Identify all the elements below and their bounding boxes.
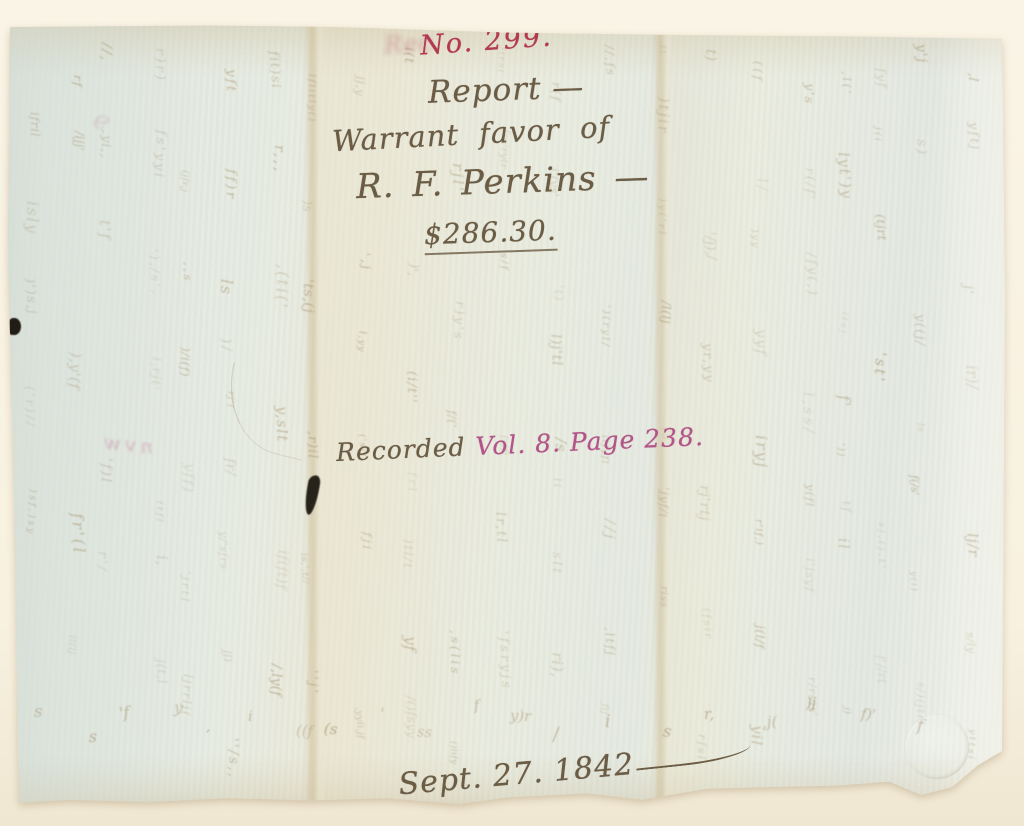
bleedthrough-mark: y/'sfrs [217, 531, 230, 570]
docket-date: Sept. 27. 1842 [397, 737, 753, 803]
bleedthrough-mark: lyt')y [835, 151, 856, 200]
bleedthrough-mark: , [206, 719, 211, 735]
docket-number: No. 299. [419, 21, 554, 61]
bleedthrough-mark: ,r)il [306, 431, 321, 460]
bleedthrough-mark: fr'(l [68, 512, 89, 555]
bleedthrough-mark: fyf [872, 67, 888, 88]
bleedthrough-mark: ir)/ [962, 365, 981, 390]
bleedthrough-mark: ,(ti(' [272, 264, 292, 311]
bleedthrough-mark: li [551, 478, 564, 490]
bleedthrough-mark: )y('rl [656, 198, 669, 237]
bleedthrough-mark: yf [400, 635, 419, 651]
bleedthrough-mark: s [34, 701, 43, 721]
bleedthrough-mark: y((j/ [912, 313, 927, 346]
bleedthrough-mark: f [473, 697, 480, 713]
bleedthrough-mark: rf [70, 75, 84, 89]
bleedthrough-mark: i [605, 712, 611, 732]
payee-name: R. F. Perkins — [355, 157, 650, 207]
ink-spot-left-edge [8, 318, 21, 335]
bleedthrough-mark: )yy [749, 229, 760, 249]
bleedthrough-mark: )/i(f) [178, 347, 193, 378]
bleedthrough-mark: jj,y [353, 75, 368, 96]
bleedthrough-mark: (s [323, 720, 338, 739]
bleedthrough-mark: 'st' [870, 351, 889, 384]
bleedthrough-mark: r/rs)r' [806, 676, 820, 717]
bleedthrough-mark: )j [806, 696, 816, 712]
bleedthrough-mark: //,fs [603, 44, 619, 77]
bleedthrough-mark: ((f [296, 723, 313, 740]
bleedthrough-mark: 'jrtl [177, 571, 192, 605]
recorded-label: Recorded [336, 432, 467, 467]
bleedthrough-mark: yil [748, 724, 767, 746]
bleedthrough-mark: i,rjt' [148, 357, 164, 392]
scan-background: { "document": { "ghost_mark": "Rec", "nu… [0, 0, 1024, 826]
bleedthrough-mark: ss [417, 724, 433, 741]
bleedthrough-mark: y)r [509, 708, 531, 726]
bleedthrough-mark: (tjrt [873, 214, 889, 242]
date-text: Sept. 27. 1842 [397, 747, 635, 802]
bleedthrough-mark: ri), [547, 652, 566, 678]
bleedthrough-mark: 't) [552, 285, 566, 303]
bleedthrough-mark: 'ts,(j [300, 279, 317, 313]
bleedthrough-mark: t) [701, 49, 718, 62]
bleedthrough-mark: y(fl [803, 484, 818, 508]
bleedthrough-mark: sj,(j,t' [876, 522, 887, 571]
bleedthrough-mark: ()lify [447, 741, 458, 765]
document-paper: ifrilisly)')s,j('r)//)sf,)syrf/ijj'),y'(… [8, 20, 1006, 806]
bleedthrough-mark: j(l/f [753, 625, 768, 649]
pink-ink-smudge-faint: e [89, 104, 114, 137]
bleedthrough-mark: ,yyli,jf [353, 707, 366, 740]
right-panel-aged-band [656, 20, 756, 806]
recording-note: RecordedVol. 8. Page 238. [336, 422, 705, 467]
bleedthrough-mark: ls [217, 279, 237, 296]
bleedthrough-mark: y's [800, 83, 816, 105]
bleedthrough-mark: ''/s,, [224, 738, 241, 779]
bleedthrough-mark: f/(' [445, 410, 460, 428]
bleedthrough-mark: yft [222, 69, 237, 94]
bleedthrough-mark: ',j [358, 252, 374, 271]
bleedthrough-mark: (fsir [700, 607, 715, 640]
bleedthrough-mark: r)r) [152, 48, 168, 82]
bleedthrough-mark: yyf [752, 329, 769, 356]
bleedthrough-mark: )', [404, 263, 420, 277]
right-edge-highlight [936, 20, 1006, 806]
bleedthrough-mark: 'f)l [97, 458, 114, 485]
bleedthrough-mark: riss [658, 586, 670, 608]
bleedthrough-mark: ljrrlj( [179, 674, 197, 718]
bleedthrough-mark: )/ [217, 337, 234, 354]
bleedthrough-mark: 'f [119, 702, 131, 722]
document-paper-wrapper: ifrilisly)')s,j('r)//)sf,)syrf/ijj'),y'(… [8, 20, 1006, 806]
bleedthrough-mark: /fy(,) [804, 253, 820, 297]
bleedthrough-mark: /()fsyy [402, 696, 418, 739]
warrant-amount: $286.30. [423, 214, 557, 252]
bleedthrough-mark: /ijj' [71, 131, 86, 151]
bleedthrough-mark: ((f [750, 61, 765, 83]
bleedthrough-mark: r'if,) [753, 519, 765, 546]
bleedthrough-mark: ,ltfj [603, 627, 618, 657]
background-mat: ifrilisly)')s,j('r)//)sf,)syrf/ijj'),y'(… [0, 0, 1024, 826]
bleedthrough-mark: ff)r [223, 169, 239, 201]
bleedthrough-mark: is,',t// [298, 553, 311, 585]
bleedthrough-mark: fji [359, 531, 375, 551]
bleedthrough-mark: fit)si [266, 51, 283, 90]
bleedthrough-mark: j(i [872, 127, 882, 143]
bleedthrough-mark: s) [912, 139, 929, 157]
bleedthrough-mark: tf [840, 501, 853, 514]
bleedthrough-mark: )tjir [654, 97, 671, 135]
bleedthrough-mark: i'jsyf [803, 558, 817, 593]
bleedthrough-mark: ')(ryl/ [599, 304, 611, 347]
bleedthrough-mark: ('r)// [23, 386, 38, 429]
docket-title: Report — [427, 69, 584, 110]
paper-crease-line [215, 362, 320, 460]
bleedthrough-mark: ,j( [761, 712, 778, 731]
bleedthrough-mark: ' [379, 704, 385, 723]
bleedthrough-mark: ,s(lis [448, 630, 462, 676]
bleedthrough-mark: 'jyf/i [657, 486, 674, 518]
bleedthrough-mark: yff) [179, 463, 198, 494]
bleedthrough-mark: l,ss/ [800, 392, 816, 436]
bleedthrough-mark: lflitly() [306, 74, 317, 123]
bleedthrough-mark: iryj [752, 434, 771, 468]
amount-underlined: $286.30. [423, 214, 557, 256]
warrant-line: Warrant favor of [331, 110, 611, 159]
bleedthrough-mark: ifril [28, 111, 42, 136]
bleedthrough-mark: isly [23, 200, 43, 234]
recorded-volume-page: Vol. 8. Page 238. [475, 422, 705, 461]
bleedthrough-mark: i, [153, 555, 172, 566]
bleedthrough-mark: ''j' [305, 670, 320, 696]
bleedthrough-mark: r, [704, 706, 715, 724]
bleedthrough-mark: r)y's [450, 301, 467, 342]
bleedthrough-mark: lr,tl [493, 512, 510, 545]
bleedthrough-mark: j) [841, 707, 852, 715]
bleedthrough-mark: l)j'tl [547, 334, 564, 367]
bleedthrough-mark: jj) [220, 649, 234, 661]
bleedthrough-mark: fr/ [222, 458, 238, 476]
bleedthrough-mark: rj'rtj [696, 485, 712, 521]
bleedthrough-mark: f)' [860, 706, 876, 723]
pink-ink-smudge: nvw [99, 429, 155, 458]
bleedthrough-mark: '/j),/ [701, 232, 719, 261]
bleedthrough-mark: lj/r [963, 533, 981, 558]
bleedthrough-mark: ,l(' [839, 70, 855, 97]
bleedthrough-mark: y [173, 698, 184, 718]
bleedthrough-mark: ,,s [180, 262, 194, 283]
bleedthrough-mark: j' [960, 284, 976, 295]
bleedthrough-mark: fs'yyi [151, 129, 169, 180]
bleedthrough-mark: f' [835, 395, 854, 409]
bleedthrough-mark: /,ly(f [268, 664, 285, 697]
bleedthrough-mark: f(/s' [908, 475, 922, 496]
bleedthrough-mark: it(lj [65, 635, 78, 655]
bleedthrough-mark: r'/ [94, 550, 111, 573]
foxing-spot [826, 29, 829, 32]
bleedthrough-mark: (tfl [153, 501, 165, 524]
ink-blot [303, 474, 322, 515]
bleedthrough-mark: ,tt [657, 41, 668, 55]
bleedthrough-mark: r,,, [271, 145, 287, 174]
foxing-spot [968, 34, 973, 38]
bleedthrough-mark: ,l [966, 72, 982, 82]
bleedthrough-mark: (i/t'' [404, 371, 419, 404]
bleedthrough-mark: y'j [912, 43, 929, 64]
bleedthrough-mark: if(ft)f [273, 550, 291, 590]
bleedthrough-mark: (jfr,j [178, 170, 190, 193]
bleedthrough-mark: )tl/t [400, 539, 415, 570]
bleedthrough-mark: /l(lj [658, 301, 673, 325]
bleedthrough-mark: j(t,l [153, 659, 169, 685]
bleedthrough-mark: s [89, 727, 97, 745]
embossed-seal [905, 715, 969, 779]
bleedthrough-mark: ),y'(f [65, 352, 84, 390]
bleedthrough-mark: frl [406, 472, 420, 494]
bleedthrough-mark: '),/s', [146, 249, 164, 296]
bleedthrough-mark: slt [548, 552, 563, 576]
bleedthrough-mark: s/ly [963, 632, 978, 654]
bleedthrough-mark: )s [299, 200, 314, 212]
bleedthrough-mark: 'fsryjs [495, 630, 513, 691]
bleedthrough-mark: yftj [966, 122, 983, 152]
bleedthrough-mark: //, [98, 42, 115, 61]
bleedthrough-mark: il [835, 538, 851, 551]
bleedthrough-mark: f'//rt [873, 655, 890, 685]
bleedthrough-mark: ,fij [598, 700, 609, 715]
bleedthrough-mark: y(i) [908, 571, 920, 593]
bleedthrough-mark: )')s,j [22, 278, 39, 316]
bleedthrough-mark: ls [915, 423, 927, 433]
bleedthrough-mark: s/f [498, 252, 510, 271]
bleedthrough-mark: s [662, 721, 673, 741]
bleedthrough-mark: t'f [95, 220, 113, 241]
bleedthrough-mark: //j [600, 518, 618, 541]
bleedthrough-mark: ltsj, [837, 311, 849, 340]
pen-flourish [635, 745, 752, 771]
fold-crease-right [653, 20, 673, 806]
bleedthrough-mark: l,yy [356, 330, 368, 352]
bleedthrough-mark: )sf,)sy [25, 489, 39, 537]
bleedthrough-mark: ')) [835, 443, 846, 458]
bleedthrough-mark: yr,yy [699, 343, 716, 384]
bleedthrough-mark: r(/f' [803, 168, 817, 201]
bleedthrough-mark: l/ [754, 177, 773, 194]
bleedthrough-mark: / [552, 725, 559, 745]
bleedthrough-mark: i [248, 709, 253, 725]
